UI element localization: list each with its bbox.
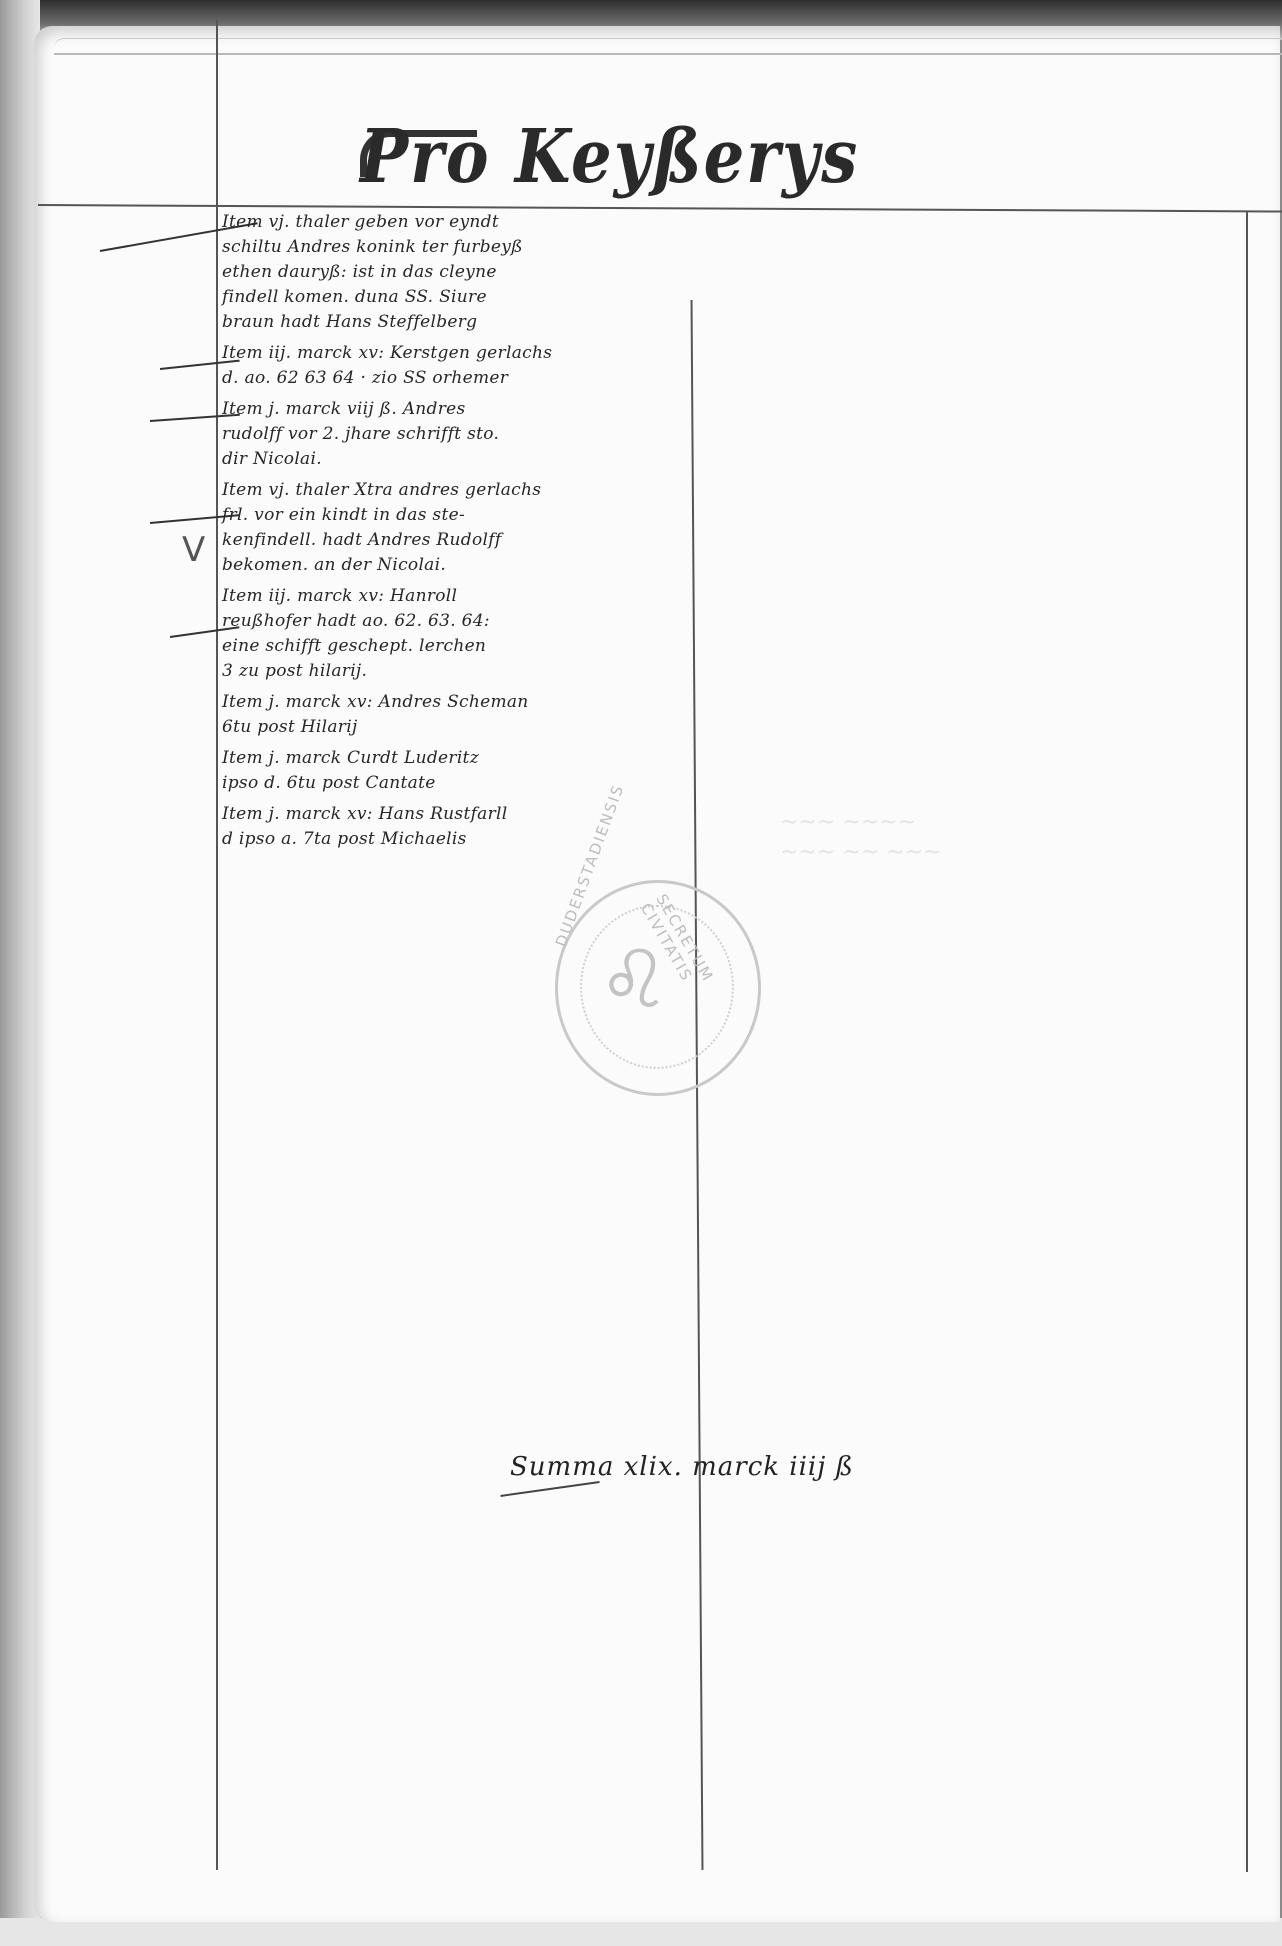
- entry-line: Item j. marck xv: Andres Scheman: [222, 690, 702, 715]
- entry-line: 3 zu post hilarij.: [222, 659, 702, 684]
- entry-line: Item vj. thaler geben vor eyndt: [222, 210, 702, 235]
- scan-bottom-edge: [0, 1918, 1282, 1946]
- entry-line: Item j. marck Curdt Luderitz: [222, 746, 702, 771]
- page-fold: [54, 38, 1282, 55]
- margin-check-mark: V: [182, 530, 205, 570]
- entry-line: braun hadt Hans Steffelberg: [222, 310, 702, 335]
- entry-line: 6tu post Hilarij: [222, 715, 702, 740]
- ledger-entry: Item vj. thaler Xtra andres gerlachs frl…: [222, 478, 702, 578]
- page-heading: Pro Keyßerys: [360, 114, 859, 200]
- summa-total: Summa xlix. marck iiij ß: [510, 1452, 854, 1482]
- show-through-text: ~~~ ~~ ~~~: [780, 840, 941, 865]
- entry-line: kenfindell. hadt Andres Rudolff: [222, 528, 702, 553]
- entry-line: schiltu Andres konink ter furbeyß: [222, 235, 702, 260]
- entry-line: bekomen. an der Nicolai.: [222, 553, 702, 578]
- ledger-entry: Item j. marck xv: Hans Rustfarll d ipso …: [222, 802, 702, 852]
- entry-line: dir Nicolai.: [222, 447, 702, 472]
- entry-line: reußhofer hadt ao. 62. 63. 64:: [222, 609, 702, 634]
- right-margin-rule: [1246, 212, 1248, 1872]
- entry-line: Item j. marck viij ß. Andres: [222, 397, 702, 422]
- entry-line: ethen dauryß: ist in das cleyne: [222, 260, 702, 285]
- entry-line: Item iij. marck xv: Kerstgen gerlachs: [222, 341, 702, 366]
- entry-line: Item j. marck xv: Hans Rustfarll: [222, 802, 702, 827]
- ledger-entry: Item vj. thaler geben vor eyndt schiltu …: [222, 210, 702, 335]
- entry-line: d ipso a. 7ta post Michaelis: [222, 827, 702, 852]
- ledger-entry: Item j. marck viij ß. Andres rudolff vor…: [222, 397, 702, 472]
- left-margin-rule: [216, 20, 218, 1870]
- entry-line: frl. vor ein kindt in das ste-: [222, 503, 702, 528]
- entry-line: d. ao. 62 63 64 · zio SS orhemer: [222, 366, 702, 391]
- entry-line: eine schifft geschept. lerchen: [222, 634, 702, 659]
- entry-line: rudolff vor 2. jhare schrifft sto.: [222, 422, 702, 447]
- ledger-entry: Item iij. marck xv: Hanroll reußhofer ha…: [222, 584, 702, 684]
- ledger-entries: Item vj. thaler geben vor eyndt schiltu …: [222, 210, 702, 858]
- entry-line: Item iij. marck xv: Hanroll: [222, 584, 702, 609]
- entry-line: ipso d. 6tu post Cantate: [222, 771, 702, 796]
- show-through-text: ~~~ ~~~~: [780, 810, 916, 835]
- entry-line: findell komen. duna SS. Siure: [222, 285, 702, 310]
- archive-seal-stamp: ♌ DUDERSTADIENSIS SECRETUM CIVITATIS: [555, 880, 761, 1096]
- ledger-entry: Item j. marck xv: Andres Scheman 6tu pos…: [222, 690, 702, 740]
- entry-line: Item vj. thaler Xtra andres gerlachs: [222, 478, 702, 503]
- ledger-entry: Item j. marck Curdt Luderitz ipso d. 6tu…: [222, 746, 702, 796]
- ledger-entry: Item iij. marck xv: Kerstgen gerlachs d.…: [222, 341, 702, 391]
